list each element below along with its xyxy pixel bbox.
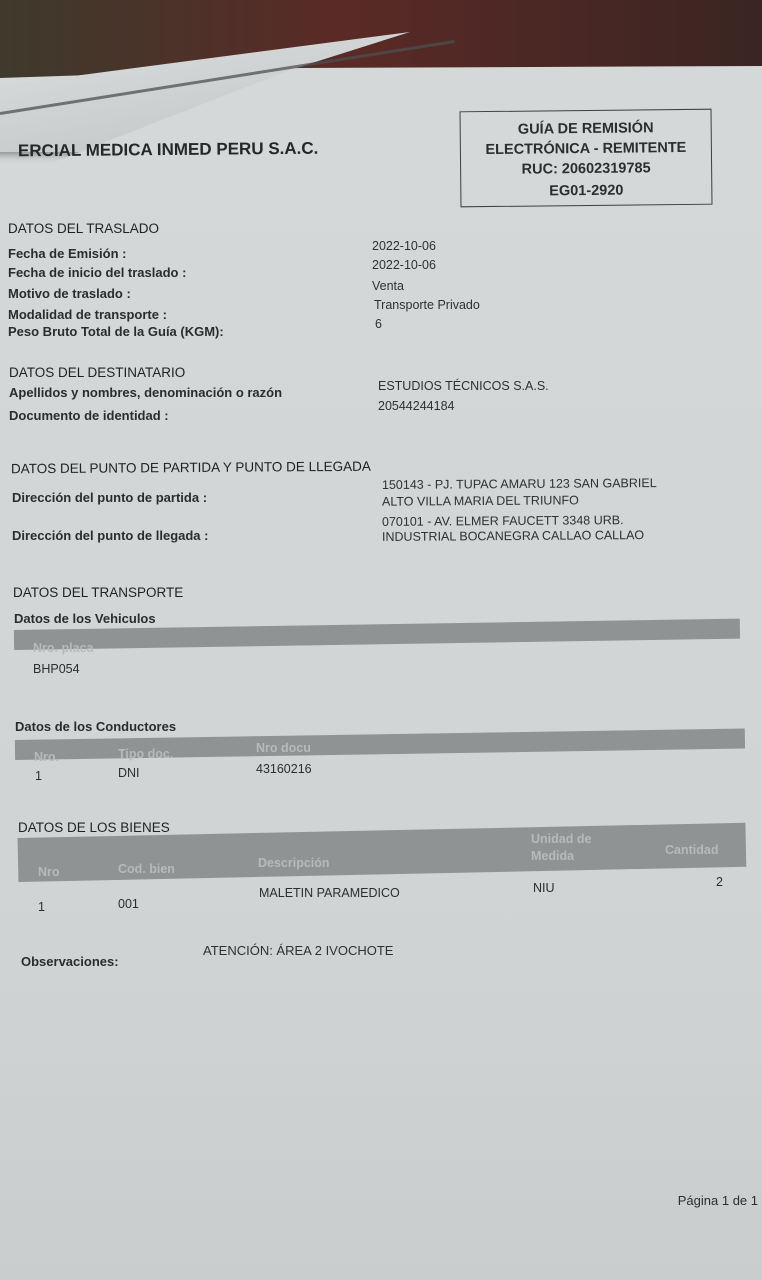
col-cantidad: Cantidad [665, 843, 718, 857]
label-partida: Dirección del punto de partida : [12, 490, 207, 505]
label-fecha-emision: Fecha de Emisión : [8, 246, 126, 261]
ruc-number: RUC: 20602319785 [461, 158, 711, 181]
col-cod-bien: Cod. bien [118, 862, 175, 876]
section-title-bienes: DATOS DE LOS BIENES [18, 820, 170, 835]
cell-descripcion: MALETIN PARAMEDICO [259, 886, 400, 900]
cell-conductor-nro: 1 [35, 769, 42, 783]
label-documento: Documento de identidad : [9, 408, 169, 423]
value-razon-social: ESTUDIOS TÉCNICOS S.A.S. [378, 379, 549, 393]
col-unidad-line1: Unidad de [531, 832, 591, 846]
label-modalidad: Modalidad de transporte : [8, 307, 167, 322]
value-partida-line1: 150143 - PJ. TUPAC AMARU 123 SAN GABRIEL [382, 476, 657, 492]
cell-cantidad: 2 [716, 875, 723, 889]
col-descripcion: Descripción [258, 856, 330, 870]
value-observaciones: ATENCIÓN: ÁREA 2 IVOCHOTE [203, 943, 393, 958]
subsection-conductores: Datos de los Conductores [15, 719, 176, 734]
company-name: ERCIAL MEDICA INMED PERU S.A.C. [18, 139, 319, 162]
doc-type-line2: ELECTRÓNICA - REMITENTE [461, 138, 711, 161]
page-number: Página 1 de 1 [678, 1193, 758, 1208]
section-title-puntos: DATOS DEL PUNTO DE PARTIDA Y PUNTO DE LL… [11, 459, 371, 477]
subsection-vehiculos: Datos de los Vehiculos [14, 611, 156, 626]
value-peso: 6 [375, 317, 382, 331]
col-nro-docu: Nro docu [256, 741, 311, 755]
col-unidad-line2: Medida [531, 849, 574, 863]
value-motivo: Venta [372, 279, 404, 293]
label-razon-social: Apellidos y nombres, denominación o razó… [9, 385, 282, 400]
cell-bien-nro: 1 [38, 900, 45, 914]
label-fecha-inicio: Fecha de inicio del traslado : [8, 265, 186, 280]
cell-unidad: NIU [533, 881, 555, 895]
section-title-traslado: DATOS DEL TRASLADO [8, 221, 159, 236]
col-nro-placa: Nro. placa [33, 641, 93, 655]
label-observaciones: Observaciones: [21, 954, 119, 969]
value-llegada-line2: INDUSTRIAL BOCANEGRA CALLAO CALLAO [382, 528, 644, 544]
value-llegada-line1: 070101 - AV. ELMER FAUCETT 3348 URB. [382, 513, 624, 529]
label-motivo: Motivo de traslado : [8, 286, 131, 301]
document-id-box: GUÍA DE REMISIÓN ELECTRÓNICA - REMITENTE… [460, 109, 713, 208]
doc-type-line1: GUÍA DE REMISIÓN [461, 118, 711, 141]
value-documento: 20544244184 [378, 399, 454, 413]
section-title-destinatario: DATOS DEL DESTINATARIO [9, 365, 185, 380]
label-llegada: Dirección del punto de llegada : [12, 528, 208, 543]
value-modalidad: Transporte Privado [374, 298, 480, 312]
label-peso: Peso Bruto Total de la Guía (KGM): [8, 324, 224, 339]
section-title-transporte: DATOS DEL TRANSPORTE [13, 585, 183, 600]
value-fecha-emision: 2022-10-06 [372, 239, 436, 253]
value-partida-line2: ALTO VILLA MARIA DEL TRIUNFO [382, 493, 579, 508]
col-tipo-doc: Tipo doc. [118, 747, 173, 761]
cell-placa: BHP054 [33, 662, 80, 676]
cell-nro-docu: 43160216 [256, 762, 312, 776]
value-fecha-inicio: 2022-10-06 [372, 258, 436, 272]
col-nro: Nro. [34, 750, 59, 764]
col-bienes-nro: Nro [38, 865, 60, 879]
doc-number: EG01-2920 [461, 180, 711, 203]
cell-cod-bien: 001 [118, 897, 139, 911]
cell-tipo-doc: DNI [118, 766, 140, 780]
